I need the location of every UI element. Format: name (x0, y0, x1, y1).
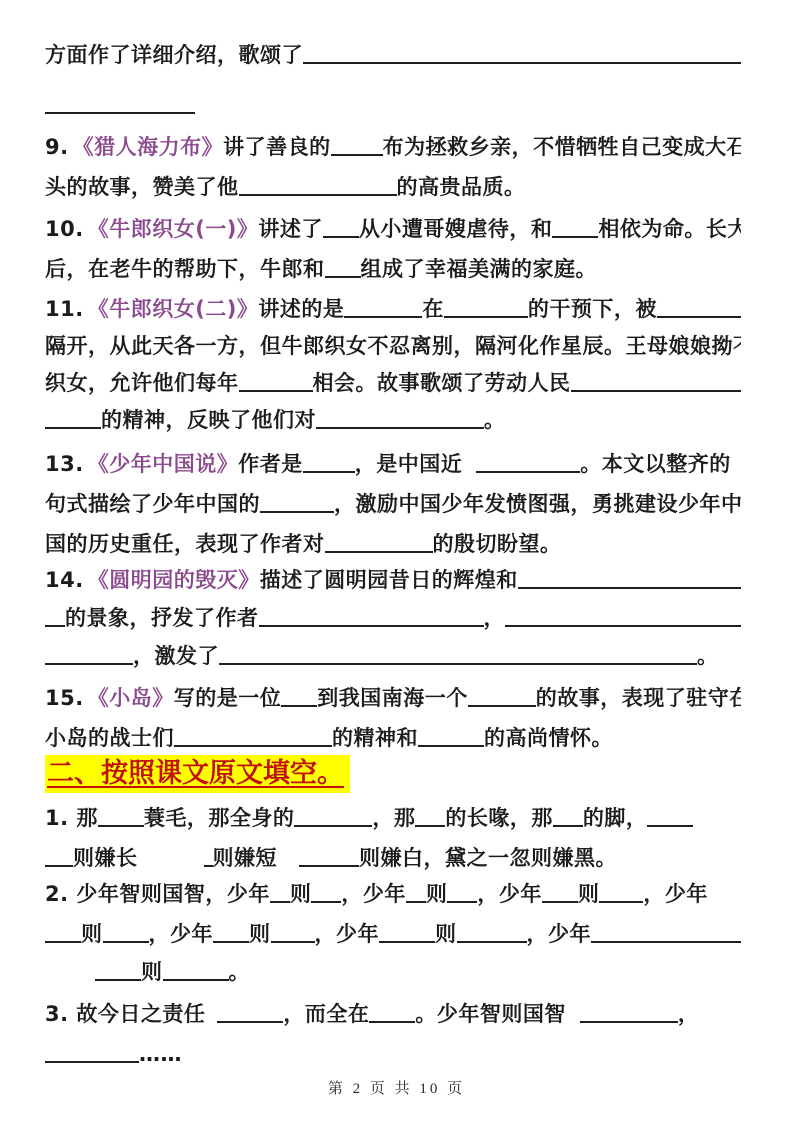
worksheet-line: 11.《牛郎织女(二)》讲述的是在的干预下，被 (45, 282, 741, 322)
blank-underline (447, 901, 477, 903)
worksheet-line: 句式描绘了少年中国的，激励中国少年发愤图强，勇挑建设少年中 (45, 477, 741, 517)
worksheet-line: …… (45, 1027, 741, 1067)
text-run: 2. 少年智则国智，少年 (45, 881, 270, 907)
text-run: ， (484, 605, 506, 631)
lesson-title: 《猎人海力布》 (73, 134, 224, 160)
text-run: 则 (141, 959, 163, 985)
blank-underline (45, 427, 101, 429)
blank-underline (259, 625, 484, 627)
lesson-title: 《小岛》 (88, 685, 174, 711)
blank-underline (219, 663, 697, 665)
blank-underline (316, 427, 484, 429)
blank-underline (325, 551, 433, 553)
blank-underline (599, 901, 643, 903)
text-run: 则 (426, 881, 448, 907)
text-run: 讲述了 (258, 216, 323, 242)
blank-underline (542, 901, 578, 903)
text-run: 则 (249, 921, 271, 947)
worksheet-line: 15.《小岛》写的是一位到我国南海一个的故事，表现了驻守在 (45, 671, 741, 711)
text-run: 描述了圆明园昔日的辉煌和 (260, 567, 518, 593)
text-run: 组成了幸福美满的家庭。 (361, 256, 598, 282)
worksheet-line: 10.《牛郎织女(一)》讲述了从小遭哥嫂虐待，和相依为命。长大 (45, 202, 741, 242)
text-run: 写的是一位 (174, 685, 282, 711)
section-heading-line: 二、按照课文原文填空。 (45, 747, 741, 793)
blank-underline (591, 941, 741, 943)
worksheet-line: 隔开，从此天各一方，但牛郎织女不忍离别，隔河化作星辰。王母娘娘拗不过 (45, 319, 741, 359)
blank-underline (45, 625, 65, 627)
item-number: 14. (45, 567, 84, 593)
text-run: 的精神，反映了他们对 (101, 407, 316, 433)
blank-underline (95, 979, 141, 981)
blank-underline (45, 663, 133, 665)
blank-underline (571, 390, 742, 392)
blank-underline (657, 316, 741, 318)
blank-underline (323, 236, 359, 238)
text-run: 则嫌短 (213, 845, 278, 871)
blank-underline (213, 941, 249, 943)
text-run: 。本文以整齐的 (580, 451, 731, 477)
blank-underline (418, 745, 484, 747)
text-run: ，少年 (315, 921, 380, 947)
text-run: 从小遭哥嫂虐待，和 (359, 216, 553, 242)
blank-underline (174, 745, 332, 747)
text-run: 则 (435, 921, 457, 947)
lesson-title: 《牛郎织女(二)》 (88, 296, 259, 322)
blank-underline (505, 625, 741, 627)
text-run: 。 (484, 407, 506, 433)
blank-underline (415, 825, 445, 827)
blank-underline (344, 316, 422, 318)
text-run: 的干预下，被 (528, 296, 657, 322)
worksheet-line: 则，少年则，少年则，少年 (45, 907, 741, 947)
text-run: 3. 故今日之责任 (45, 1001, 205, 1027)
blank-underline (311, 901, 341, 903)
text-run: ，而全在 (283, 1001, 369, 1027)
text-run: 则 (578, 881, 600, 907)
worksheet-line: 9.《猎人海力布》讲了善良的布为拯救乡亲，不惜牺牲自己变成大石 (45, 120, 741, 160)
worksheet-line: 14.《圆明园的毁灭》描述了圆明园昔日的辉煌和 (45, 553, 741, 593)
text-run: 则 (290, 881, 312, 907)
blank-underline (647, 825, 693, 827)
text-run: …… (139, 1041, 182, 1067)
blank-underline (45, 941, 81, 943)
worksheet-line: 头的故事，赞美了他的高贵品质。 (45, 160, 741, 200)
text-run: ，少年 (149, 921, 214, 947)
blank-underline (271, 941, 315, 943)
blank-underline (239, 194, 397, 196)
worksheet-line: 织女，允许他们每年相会。故事歌颂了劳动人民 (45, 356, 741, 396)
blank-underline (457, 941, 527, 943)
text-run: 的精神和 (332, 725, 418, 751)
text-run: 小岛的战士们 (45, 725, 174, 751)
lesson-title: 《圆明园的毁灭》 (88, 567, 260, 593)
text-run: 后，在老牛的帮助下，牛郎和 (45, 256, 325, 282)
text-run: ，少年 (341, 881, 406, 907)
section2-heading: 二、按照课文原文填空。 (45, 755, 350, 793)
text-run: 相依为命。长大 (598, 216, 741, 242)
text-run: ， (678, 1001, 700, 1027)
worksheet-line: 13.《少年中国说》作者是，是中国近。本文以整齐的 (45, 437, 741, 477)
text-run: 国的历史重任，表现了作者对 (45, 531, 325, 557)
text-run: 的景象，抒发了作者 (65, 605, 259, 631)
blank-underline (294, 825, 372, 827)
blank-underline (331, 154, 383, 156)
blank-underline (406, 901, 426, 903)
text-run: 句式描绘了少年中国的 (45, 491, 260, 517)
blank-underline (553, 825, 583, 827)
item-number: 10. (45, 216, 84, 242)
item-number: 15. (45, 685, 84, 711)
blank-underline (369, 1021, 415, 1023)
text-run: 作者是 (238, 451, 303, 477)
item-number: 11. (45, 296, 84, 322)
worksheet-line: 3. 故今日之责任，而全在。少年智则国智， (45, 987, 741, 1027)
text-run: 则嫌长 (73, 845, 138, 871)
worksheet-line: 小岛的战士们的精神和的高尚情怀。 (45, 711, 741, 751)
blank-underline (98, 825, 144, 827)
text-run: 到我国南海一个 (317, 685, 468, 711)
text-run: 的脚， (583, 805, 648, 831)
blank-underline (163, 979, 229, 981)
worksheet-line (45, 78, 741, 118)
text-run: 的长喙，那 (445, 805, 553, 831)
blank-underline (325, 276, 361, 278)
blank-underline (270, 901, 290, 903)
text-run: 方面作了详细介绍，歌颂了 (45, 42, 303, 68)
blank-underline (299, 865, 359, 867)
text-run: ，少年 (527, 921, 592, 947)
worksheet-line: 国的历史重任，表现了作者对的殷切盼望。 (45, 517, 741, 557)
worksheet-line: 2. 少年智则国智，少年则，少年则，少年则，少年 (45, 867, 741, 907)
lesson-title: 《牛郎织女(一)》 (88, 216, 259, 242)
text-run: 相会。故事歌颂了劳动人民 (313, 370, 571, 396)
worksheet-line: 1. 那蓑毛，那全身的，那的长喙，那的脚， (45, 791, 741, 831)
text-run: 隔开，从此天各一方，但牛郎织女不忍离别，隔河化作星辰。王母娘娘拗不过 (45, 333, 741, 359)
blank-underline (281, 705, 317, 707)
worksheet-page: 方面作了详细介绍，歌颂了9.《猎人海力布》讲了善良的布为拯救乡亲，不惜牺牲自己变… (0, 0, 793, 1122)
blank-underline (379, 941, 435, 943)
blank-underline (45, 865, 73, 867)
blank-underline (217, 1021, 283, 1023)
worksheet-body: 方面作了详细介绍，歌颂了9.《猎人海力布》讲了善良的布为拯救乡亲，不惜牺牲自己变… (45, 28, 741, 1067)
blank-underline (239, 390, 313, 392)
text-run: 则嫌白，黛之一忽则嫌黑。 (359, 845, 617, 871)
text-run: 头的故事，赞美了他 (45, 174, 239, 200)
worksheet-line: 后，在老牛的帮助下，牛郎和组成了幸福美满的家庭。 (45, 242, 741, 282)
text-run: 的高贵品质。 (397, 174, 526, 200)
worksheet-line: 则嫌长则嫌短则嫌白，黛之一忽则嫌黑。 (45, 831, 741, 871)
blank-underline (468, 705, 536, 707)
worksheet-line: 方面作了详细介绍，歌颂了 (45, 28, 741, 68)
text-run: 1. 那 (45, 805, 98, 831)
blank-underline (303, 471, 355, 473)
blank-underline (260, 511, 334, 513)
text-run: 。 (697, 643, 719, 669)
blank-underline (45, 1061, 139, 1063)
item-number: 9. (45, 134, 69, 160)
blank-underline (103, 941, 149, 943)
text-run: 则 (81, 921, 103, 947)
text-run: ，少年 (643, 881, 708, 907)
worksheet-line: ，激发了。 (45, 629, 741, 669)
text-run: 。 (229, 959, 251, 985)
text-run: 的高尚情怀。 (484, 725, 613, 751)
text-run: ，是中国近 (355, 451, 463, 477)
blank-underline (444, 316, 528, 318)
blank-underline (518, 587, 741, 589)
blank-underline (580, 1021, 678, 1023)
text-run: 讲述的是 (258, 296, 344, 322)
lesson-title: 《少年中国说》 (88, 451, 239, 477)
text-run: 。少年智则国智 (415, 1001, 566, 1027)
blank-underline (204, 865, 213, 867)
text-run: 蓑毛，那全身的 (144, 805, 295, 831)
text-run: 的殷切盼望。 (433, 531, 562, 557)
text-run: ，少年 (477, 881, 542, 907)
text-run: ，激发了 (133, 643, 219, 669)
text-run: 的故事，表现了驻守在 (536, 685, 741, 711)
page-footer: 第 2 页 共 10 页 (0, 1077, 793, 1098)
blank-underline (45, 112, 195, 114)
text-run: ，那 (372, 805, 415, 831)
text-run: 织女，允许他们每年 (45, 370, 239, 396)
worksheet-line: 的景象，抒发了作者， (45, 591, 741, 631)
worksheet-line: 的精神，反映了他们对。 (45, 393, 741, 433)
blank-underline (552, 236, 598, 238)
worksheet-line: 则。 (45, 945, 741, 985)
blank-underline (303, 62, 741, 64)
text-run: 布为拯救乡亲，不惜牺牲自己变成大石 (383, 134, 741, 160)
text-run: ，激励中国少年发愤图强，勇挑建设少年中 (334, 491, 741, 517)
item-number: 13. (45, 451, 84, 477)
text-run: 讲了善良的 (223, 134, 331, 160)
blank-underline (476, 471, 580, 473)
text-run: 在 (422, 296, 444, 322)
